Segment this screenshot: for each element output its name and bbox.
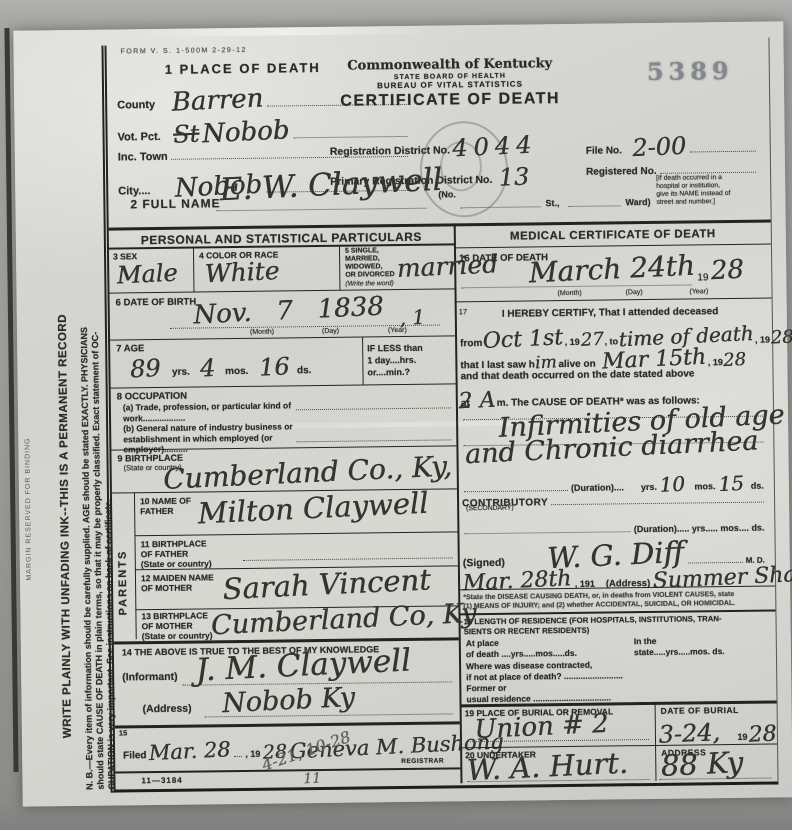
burial-year-printed: 19 (737, 732, 747, 742)
signed-label: (Signed) (463, 557, 505, 570)
age-months-value: 4 (200, 354, 217, 383)
age-mos-label: mos. (225, 366, 248, 377)
st-label: St., (545, 198, 559, 208)
registration-district-value: 4044 (452, 130, 538, 162)
informant-address-label: (Address) (143, 703, 192, 716)
dod-value: March 24th (528, 249, 696, 290)
dob-month-label: (Month) (250, 329, 274, 336)
if-less-label: IF LESS than 1 day....hrs. or....min.? (367, 341, 453, 378)
rule (456, 297, 772, 302)
hospital-note: [If death occurred in a hospital or inst… (656, 174, 768, 207)
rule (134, 531, 457, 536)
to-year-printed: , 19 (755, 335, 770, 345)
file-no-label: File No. (586, 145, 622, 156)
residence-in-state: In the state.....yrs.....mos. ds. (634, 634, 774, 657)
file-stamp-number: 5389 (647, 56, 734, 86)
scan-streak (133, 26, 433, 38)
certificate-form: FORM V. S. 1-500M 2-29-12 1 PLACE OF DEA… (101, 37, 778, 792)
certificate-paper: MARGIN RESERVED FOR BINDING WRITE PLAINL… (13, 21, 792, 806)
rule (455, 243, 771, 248)
certificate-title: CERTIFICATE OF DEATH (325, 90, 575, 111)
dotted-line (234, 744, 242, 757)
saw-label-2: alive on (558, 359, 595, 370)
mother-name-value: Sarah Vincent (222, 562, 432, 606)
age-days-value: 16 (258, 352, 290, 381)
commonwealth-title: Commonwealth of Kentucky (325, 56, 575, 74)
file-no-row: File No. 2-00 (586, 130, 756, 160)
rule (115, 767, 460, 773)
filed-label: Filed (123, 750, 146, 761)
dotted-line (464, 519, 631, 534)
dotted-line (243, 557, 453, 561)
margin-note-permanent-record: WRITE PLAINLY WITH UNFADING INK--THIS IS… (54, 78, 74, 738)
place-of-death-label: 1 PLACE OF DEATH (165, 60, 321, 77)
county-value: Barren (171, 84, 264, 118)
saw-year-value: 28 (723, 349, 747, 371)
dob-day-label: (Day) (322, 328, 339, 335)
from-label: from (460, 338, 482, 349)
father-name-label: 10 NAME OF FATHER (140, 496, 191, 517)
header-agency-block: Commonwealth of Kentucky STATE BOARD OF … (325, 56, 576, 111)
primary-district-value: 13 (498, 162, 530, 191)
margin-note-binding: MARGIN RESERVED FOR BINDING (22, 251, 33, 581)
registered-no-label: Registered No. (586, 166, 657, 178)
marital-sub-label: (Write the word) (345, 280, 393, 288)
form-number: FORM V. S. 1-500M 2-29-12 (121, 47, 247, 56)
dod-day-label: (Day) (625, 289, 642, 296)
dod-year-printed: 19 (697, 272, 708, 283)
inc-town-label: Inc. Town (118, 151, 168, 164)
vot-pct-value: Nobob (202, 115, 291, 149)
occupation-label: 8 OCCUPATION (117, 391, 188, 403)
filed-year-printed: , 19 (245, 749, 260, 759)
dotted-line (568, 205, 620, 207)
informant-label: (Informant) (122, 671, 178, 684)
registration-district-row: Registration District No. 4044 (330, 130, 570, 161)
contributory-sub-label: (SECONDARY) (466, 505, 514, 513)
rule (362, 336, 364, 384)
medical-section-title: MEDICAL CERTIFICATE OF DEATH (455, 227, 771, 243)
occupation-a-label: (a) Trade, profession, or particular kin… (123, 400, 293, 423)
certify-bold-line: I HEREBY CERTIFY, That I attended deceas… (502, 306, 719, 320)
vot-pct-label: Vot. Pct. (118, 131, 161, 144)
form-bottom-code: 11—3184 (141, 776, 182, 786)
filed-date-value: Mar. 28 (148, 737, 231, 765)
dotted-line (551, 490, 764, 506)
informant-address-value: Nobob Ky (221, 682, 355, 719)
rule (111, 383, 456, 388)
full-name-label: 2 FULL NAME (130, 196, 220, 211)
age-years-value: 89 (129, 354, 161, 383)
occurred-line: and that death occurred on the date stat… (460, 368, 694, 382)
dod-year-value: 28 (710, 255, 744, 287)
rule (109, 288, 454, 293)
to-year-value: 28 (770, 326, 792, 348)
dob-label: 6 DATE OF BIRTH (116, 297, 197, 309)
dotted-line (461, 284, 691, 288)
county-label: County (117, 99, 155, 111)
rule (134, 492, 137, 639)
burial-date-row: 3-24, 19 28 (659, 718, 773, 747)
father-birthplace-label: 11 BIRTHPLACE OF FATHER (State or countr… (141, 538, 212, 569)
to-label: , to (605, 336, 619, 346)
filed-number: 15 (119, 728, 127, 737)
rule (115, 721, 460, 728)
sex-value: Male (116, 259, 178, 290)
age-ds-label: ds. (297, 365, 312, 376)
duration2-label: (Duration)..... yrs..... mos.... ds. (634, 523, 765, 535)
mother-name-label: 12 MAIDEN NAME OF MOTHER (141, 572, 214, 593)
dotted-line (660, 160, 757, 174)
residence-title: 18 LENGTH OF RESIDENCE (FOR HOSPITALS, I… (463, 613, 773, 636)
mother-birthplace-label: 13 BIRTHPLACE OF MOTHER (State or countr… (141, 610, 212, 641)
certify-number: 17 (459, 307, 467, 316)
ward-label: Ward) (625, 197, 650, 207)
marital-label: 5 SINGLE, MARRIED, WIDOWED, OR DIVORCED (345, 247, 395, 280)
bureau-line: BUREAU OF VITAL STATISTICS (325, 79, 575, 91)
rule (339, 245, 341, 290)
cause-footnote: *State the DISEASE CAUSING DEATH, or, in… (463, 589, 773, 611)
age-row: 89 yrs. 4 mos. 16 ds. (130, 351, 358, 382)
registration-district-label: Registration District No. (330, 144, 450, 157)
dotted-line (464, 478, 568, 492)
registrar-label: REGISTRAR (401, 758, 444, 766)
rule (193, 247, 195, 292)
vot-pct-struck: St (173, 120, 200, 149)
saw-year-printed: , 19 (708, 357, 723, 367)
rule (110, 335, 455, 340)
dotted-line (216, 208, 426, 212)
pencil-note-2: 11 (303, 770, 322, 787)
duration2-row: (Duration)..... yrs..... mos.... ds. (464, 518, 764, 537)
dotted-line (460, 206, 540, 208)
dotted-line (296, 439, 451, 442)
scanned-death-certificate: MARGIN RESERVED FOR BINDING WRITE PLAINL… (0, 0, 792, 830)
saw-label: that I last saw h (460, 359, 535, 371)
residence-contracted: Where was disease contracted, if not at … (466, 658, 771, 683)
from-year-printed: , 19 (565, 337, 580, 347)
dotted-line (690, 139, 756, 153)
full-name-value: E. W. Claywell (219, 162, 443, 208)
dod-year-label: (Year) (689, 288, 708, 295)
color-race-value: White (204, 256, 280, 288)
at-time-value: 2 A (458, 388, 496, 415)
no-label: (No. (438, 189, 456, 199)
city-label: City.... (118, 185, 150, 197)
burial-date-label: DATE OF BURIAL (661, 705, 739, 716)
rule (655, 702, 657, 781)
dotted-line (688, 550, 743, 564)
dod-month-label: (Month) (557, 290, 581, 297)
parents-label: PARENTS (116, 525, 129, 615)
file-no-value: 2-00 (632, 132, 687, 163)
residence-at-place: At place of death ....yrs.....mos.....ds… (466, 636, 631, 659)
dob-year-label: (Year) (388, 327, 407, 334)
dotted-line (296, 407, 451, 410)
age-yrs-label: yrs. (172, 367, 190, 378)
